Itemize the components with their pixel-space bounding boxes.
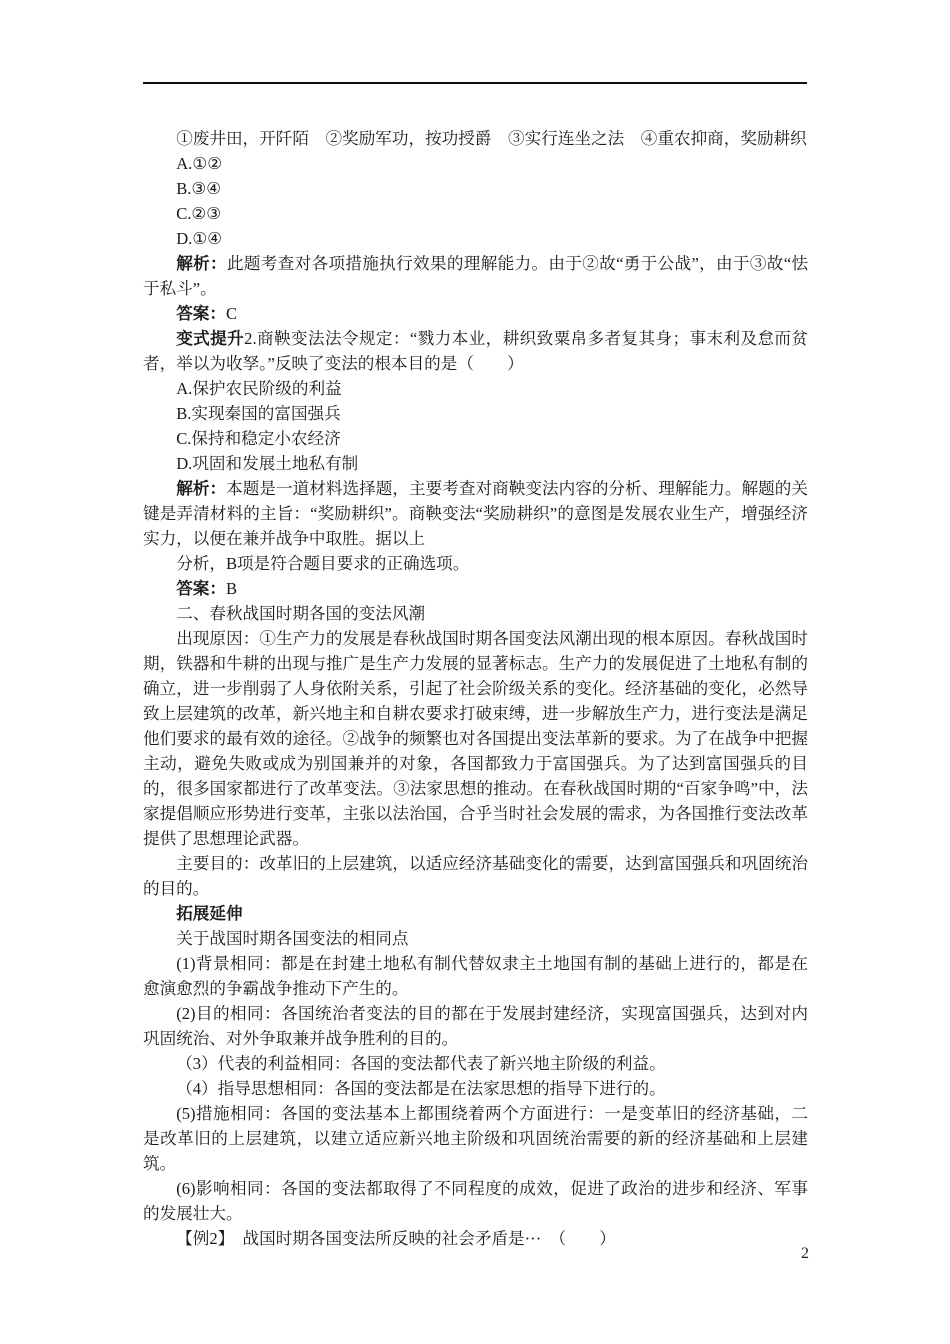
para-text: 本题是一道材料选择题，主要考查对商鞅变法内容的分析、理解能力。解题的关键是弄清材… <box>143 479 808 548</box>
para-text: 分析，B项是符合题目要求的正确选项。 <box>176 554 469 573</box>
para-text: B.实现秦国的富国强兵 <box>176 404 341 423</box>
para-text: C.②③ <box>176 204 221 223</box>
similarity-2-purpose: (2)目的相同：各国统治者变法的目的都在于发展封建经济，实现富国强兵，达到对内巩… <box>143 1001 808 1051</box>
similarity-6-impact: (6)影响相同：各国的变法都取得了不同程度的成效，促进了政治的进步和经济、军事的… <box>143 1176 808 1226</box>
expansion-heading: 拓展延伸 <box>143 901 808 926</box>
analysis-label: 解析： <box>176 479 226 498</box>
numbered-measures-line: ①废井田，开阡陌 ②奖励军功，按功授爵 ③实行连坐之法 ④重农抑商，奖励耕织 <box>143 126 808 151</box>
document-body: ①废井田，开阡陌 ②奖励军功，按功授爵 ③实行连坐之法 ④重农抑商，奖励耕织 A… <box>143 126 808 1251</box>
q1-option-d: D.①④ <box>143 226 808 251</box>
para-text: 关于战国时期各国变法的相同点 <box>176 929 408 948</box>
para-text: 二、春秋战国时期各国的变法风潮 <box>176 604 425 623</box>
para-text: B <box>226 579 237 598</box>
section-heading-2: 二、春秋战国时期各国的变法风潮 <box>143 601 808 626</box>
q2-option-b: B.实现秦国的富国强兵 <box>143 401 808 426</box>
q2-option-c: C.保持和稳定小农经济 <box>143 426 808 451</box>
q2-option-a: A.保护农民阶级的利益 <box>143 376 808 401</box>
answer-label: 答案： <box>176 304 226 323</box>
q1-answer: 答案：C <box>143 301 808 326</box>
para-text: 主要目的：改革旧的上层建筑，以适应经济基础变化的需要，达到富国强兵和巩固统治的目… <box>143 854 808 898</box>
para-text: D.①④ <box>176 229 222 248</box>
para-text: (5)措施相同：各国的变法基本上都围绕着两个方面进行：一是变革旧的经济基础，二是… <box>143 1104 808 1173</box>
answer-label: 答案： <box>176 579 226 598</box>
para-text: C.保持和稳定小农经济 <box>176 429 341 448</box>
para-text: 此题考查对各项措施执行效果的理解能力。由于②故“勇于公战”，由于③故“怯于私斗”… <box>143 254 808 298</box>
similarity-3-interests: （3）代表的利益相同：各国的变法都代表了新兴地主阶级的利益。 <box>143 1051 808 1076</box>
reform-causes-paragraph: 出现原因：①生产力的发展是春秋战国时期各国变法风潮出现的根本原因。春秋战国时期，… <box>143 626 808 851</box>
main-purpose-paragraph: 主要目的：改革旧的上层建筑，以适应经济基础变化的需要，达到富国强兵和巩固统治的目… <box>143 851 808 901</box>
para-text: B.③④ <box>176 179 221 198</box>
similarities-intro: 关于战国时期各国变法的相同点 <box>143 926 808 951</box>
para-text: （4）指导思想相同：各国的变法都是在法家思想的指导下进行的。 <box>176 1079 666 1098</box>
analysis-label: 解析： <box>176 254 227 273</box>
similarity-1-background: (1)背景相同：都是在封建土地私有制代替奴隶主土地国有制的基础上进行的，都是在愈… <box>143 951 808 1001</box>
q1-option-c: C.②③ <box>143 201 808 226</box>
q2-answer: 答案：B <box>143 576 808 601</box>
para-text: 【例2】 战国时期各国变法所反映的社会矛盾是··· （ ） <box>176 1229 616 1248</box>
para-text: (6)影响相同：各国的变法都取得了不同程度的成效，促进了政治的进步和经济、军事的… <box>143 1179 808 1223</box>
para-text: D.巩固和发展土地私有制 <box>176 454 358 473</box>
page-number: 2 <box>793 1244 809 1264</box>
document-page: ①废井田，开阡陌 ②奖励军功，按功授爵 ③实行连坐之法 ④重农抑商，奖励耕织 A… <box>0 0 950 1344</box>
similarity-5-measures: (5)措施相同：各国的变法基本上都围绕着两个方面进行：一是变革旧的经济基础，二是… <box>143 1101 808 1176</box>
para-text: (1)背景相同：都是在封建土地私有制代替奴隶主土地国有制的基础上进行的，都是在愈… <box>143 954 808 998</box>
para-text: （3）代表的利益相同：各国的变法都代表了新兴地主阶级的利益。 <box>176 1054 666 1073</box>
q1-analysis: 解析：此题考查对各项措施执行效果的理解能力。由于②故“勇于公战”，由于③故“怯于… <box>143 251 808 301</box>
example-2-question: 【例2】 战国时期各国变法所反映的社会矛盾是··· （ ） <box>143 1226 808 1251</box>
variant-question-2: 变式提升2.商鞅变法法令规定：“戮力本业，耕织致粟帛多者复其身；事末利及怠而贫者… <box>143 326 808 376</box>
para-text: C <box>226 304 237 323</box>
expansion-label: 拓展延伸 <box>176 904 242 923</box>
para-text: 出现原因：①生产力的发展是春秋战国时期各国变法风潮出现的根本原因。春秋战国时期，… <box>143 629 808 848</box>
q1-option-a: A.①② <box>143 151 808 176</box>
q2-option-d: D.巩固和发展土地私有制 <box>143 451 808 476</box>
para-text: A.保护农民阶级的利益 <box>176 379 341 398</box>
q2-analysis: 解析：本题是一道材料选择题，主要考查对商鞅变法内容的分析、理解能力。解题的关键是… <box>143 476 808 551</box>
variant-label: 变式提升 <box>176 329 244 348</box>
para-text: ①废井田，开阡陌 ②奖励军功，按功授爵 ③实行连坐之法 ④重农抑商，奖励耕织 <box>176 129 807 148</box>
para-text: (2)目的相同：各国统治者变法的目的都在于发展封建经济，实现富国强兵，达到对内巩… <box>143 1004 808 1048</box>
header-rule <box>143 82 807 84</box>
q2-analysis-continued: 分析，B项是符合题目要求的正确选项。 <box>143 551 808 576</box>
similarity-4-ideology: （4）指导思想相同：各国的变法都是在法家思想的指导下进行的。 <box>143 1076 808 1101</box>
q1-option-b: B.③④ <box>143 176 808 201</box>
para-text: A.①② <box>176 154 222 173</box>
